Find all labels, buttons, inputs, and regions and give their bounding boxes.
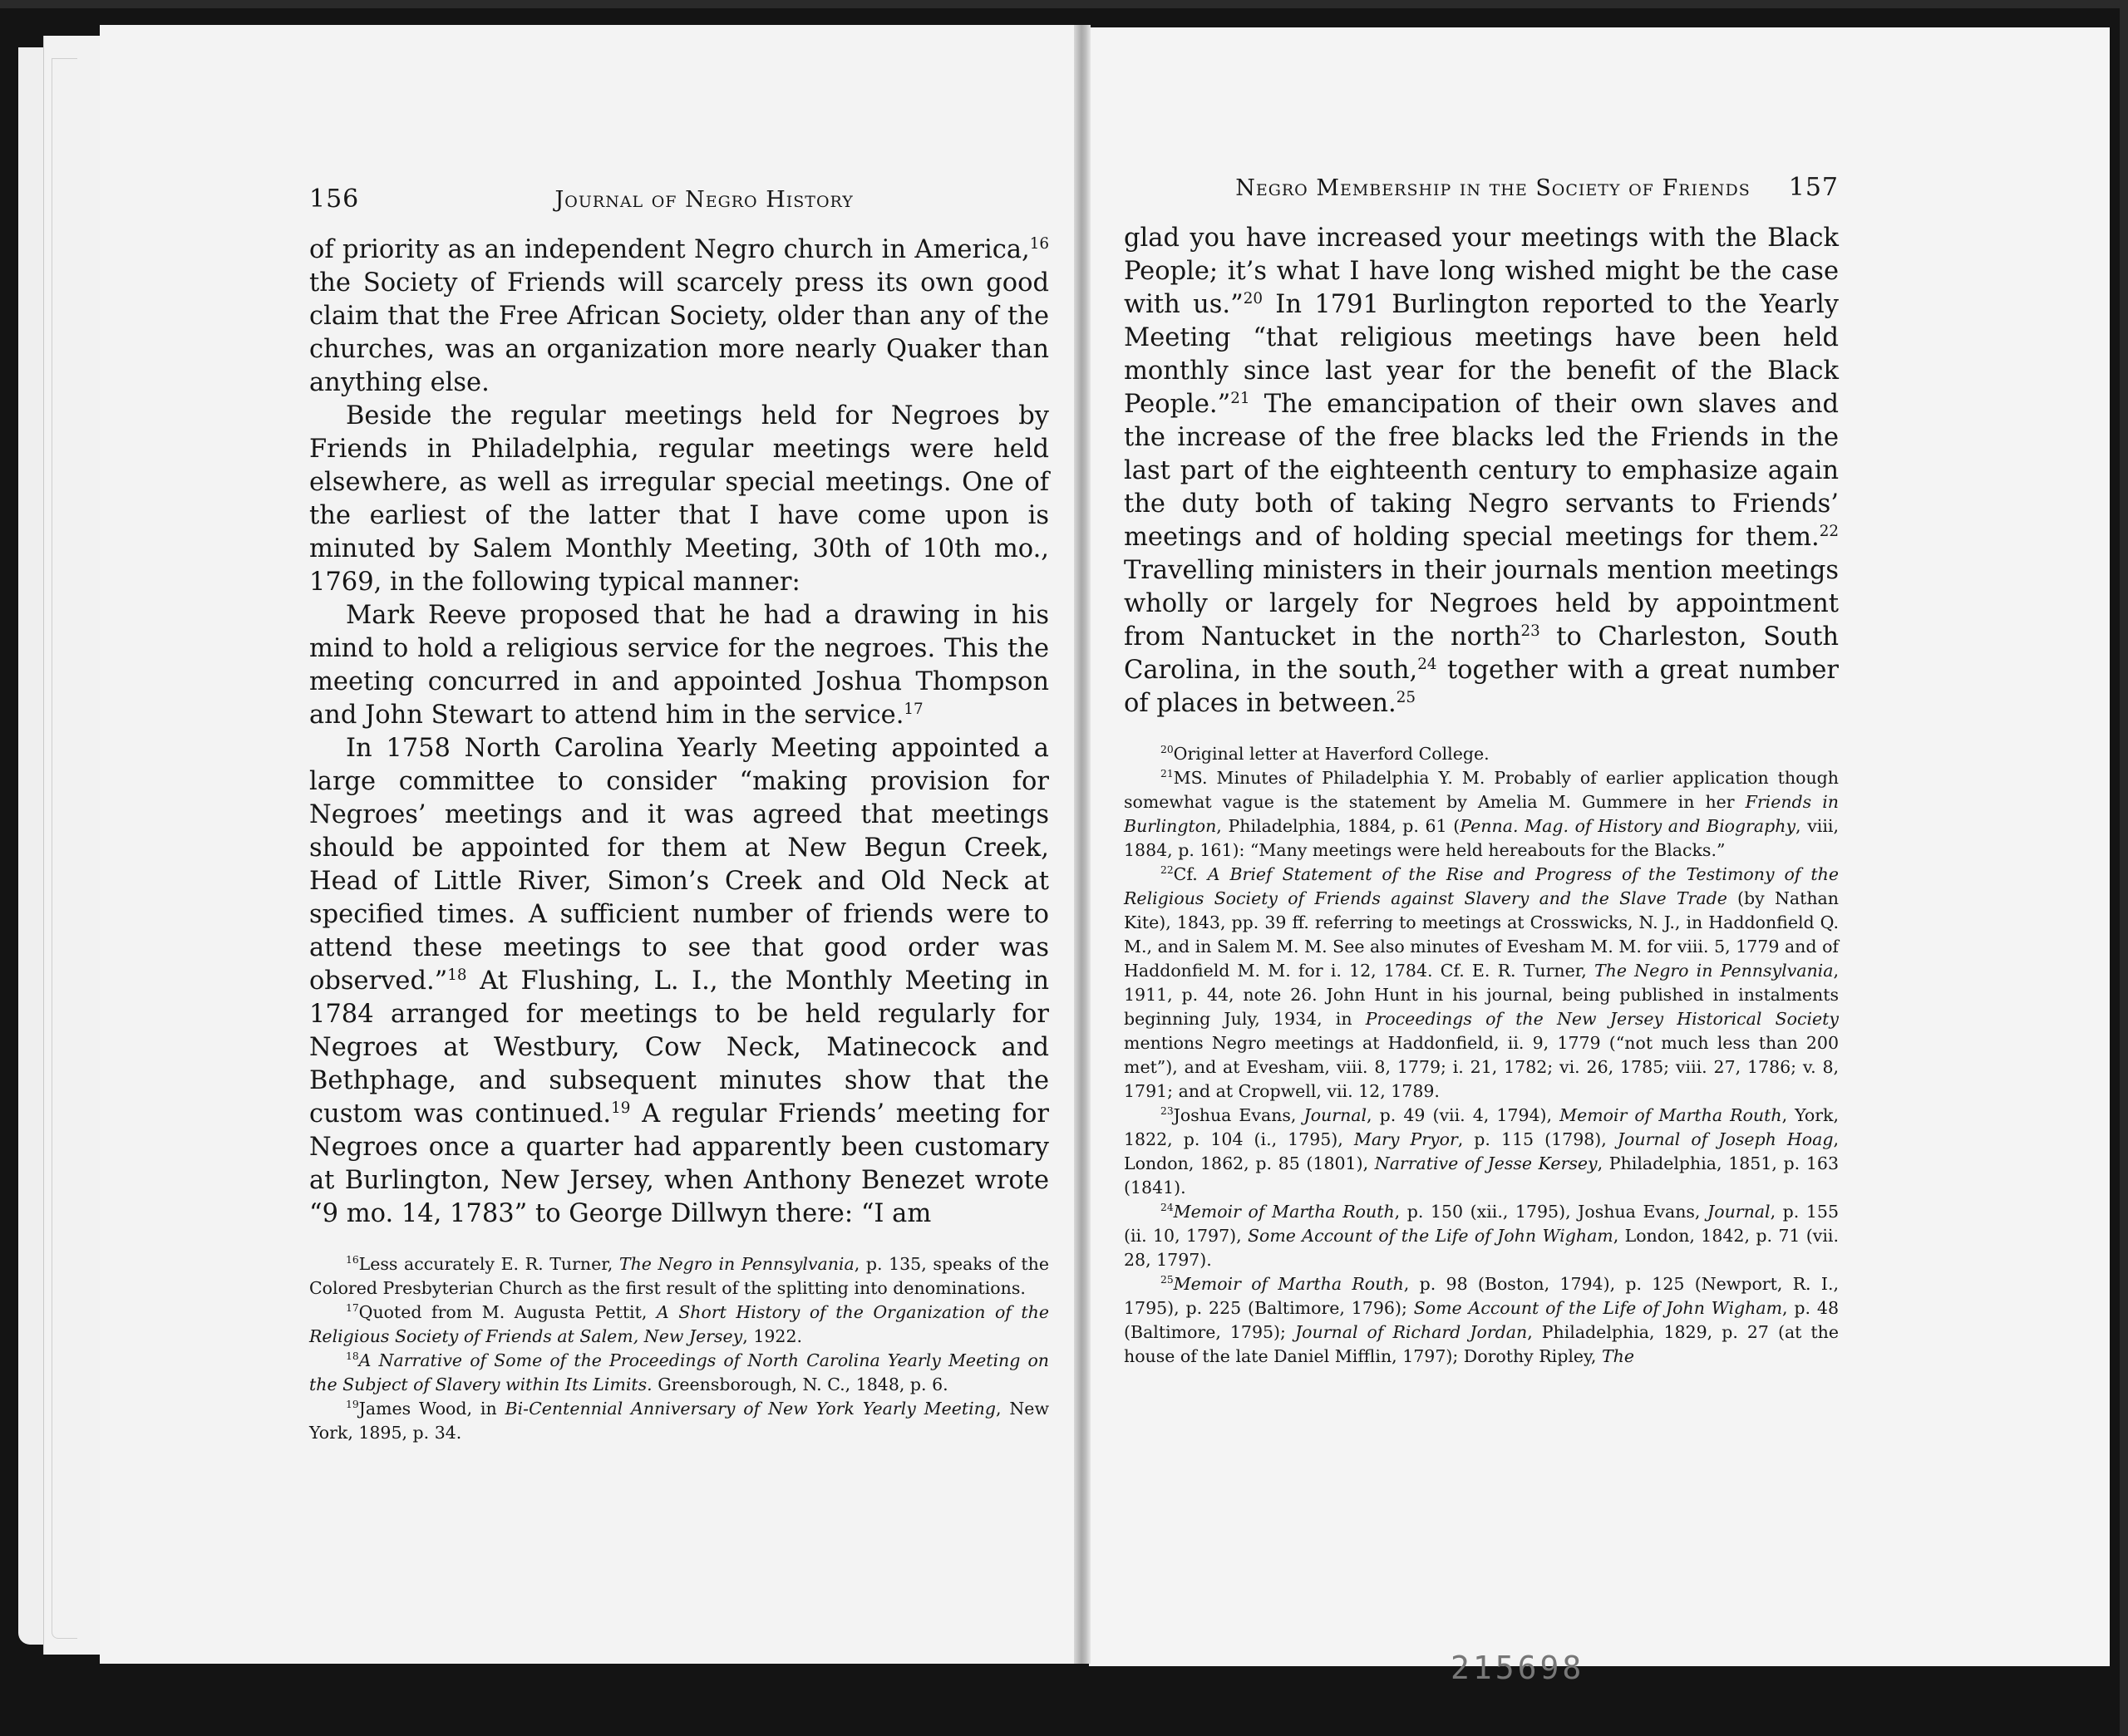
footnote-ref[interactable]: 22 <box>1820 523 1839 540</box>
cited-title: The Negro in Pennsylvania <box>1594 961 1833 981</box>
cited-title: A Narrative of Some of the Proceedings o… <box>309 1350 1049 1394</box>
cited-title: The <box>1602 1346 1634 1366</box>
paragraph: In 1758 North Carolina Yearly Meeting ap… <box>309 732 1049 1231</box>
footnote-number: 22 <box>1160 864 1174 876</box>
cited-title: Memoir of Martha Routh <box>1174 1202 1395 1222</box>
page-stack-edge <box>52 58 77 1639</box>
footnote-ref[interactable]: 25 <box>1396 689 1416 706</box>
footnote-number: 23 <box>1160 1105 1174 1117</box>
footnote-ref[interactable]: 16 <box>1030 235 1049 253</box>
footnote: 22Cf. A Brief Statement of the Rise and … <box>1124 863 1839 1104</box>
footnote-number: 21 <box>1160 768 1174 779</box>
right-page-column: Negro Membership in the Society of Frien… <box>1124 173 1839 1369</box>
cited-title: Some Account of the Life of John Wigham <box>1414 1298 1782 1318</box>
footnote-number: 18 <box>346 1350 359 1362</box>
cited-title: A Short History of the Organization of t… <box>309 1302 1049 1346</box>
cited-title: Some Account of the Life of John Wigham <box>1248 1226 1613 1246</box>
running-title: Negro Membership in the Society of Frien… <box>1124 175 1789 201</box>
cited-title: Narrative of Jesse Kersey <box>1375 1153 1598 1173</box>
cited-title: Memoir of Martha Routh <box>1559 1105 1781 1125</box>
footnote: 21MS. Minutes of Philadelphia Y. M. Prob… <box>1124 766 1839 863</box>
footnote-number: 19 <box>346 1399 359 1410</box>
body-text: of priority as an independent Negro chur… <box>309 234 1049 1231</box>
cited-title: Memoir of Martha Routh <box>1174 1274 1404 1294</box>
footnote: 18A Narrative of Some of the Proceedings… <box>309 1349 1049 1397</box>
paragraph: Beside the regular meetings held for Neg… <box>309 400 1049 599</box>
cited-title: Mary Pryor <box>1354 1129 1458 1149</box>
footnote: 25Memoir of Martha Routh, p. 98 (Boston,… <box>1124 1272 1839 1369</box>
cited-title: Journal <box>1304 1105 1367 1125</box>
body-text: glad you have increased your meetings wi… <box>1124 222 1839 720</box>
footnote-ref[interactable]: 18 <box>447 966 466 984</box>
running-title: Journal of Negro History <box>359 187 1049 213</box>
footnote: 24Memoir of Martha Routh, p. 150 (xii., … <box>1124 1200 1839 1272</box>
footnotes: 20Original letter at Haverford College.2… <box>1124 742 1839 1369</box>
paragraph: of priority as an independent Negro chur… <box>309 234 1049 400</box>
accession-stamp: 215698 <box>1451 1650 1584 1686</box>
book-gutter <box>1074 25 1091 1664</box>
cited-title: Journal of Richard Jordan <box>1295 1322 1527 1342</box>
cited-title: A Brief Statement of the Rise and Progre… <box>1124 864 1839 908</box>
footnote: 19James Wood, in Bi-Centennial Anniversa… <box>309 1397 1049 1445</box>
running-head: 156 Journal of Negro History <box>309 184 1049 214</box>
footnote: 17Quoted from M. Augusta Pettit, A Short… <box>309 1301 1049 1349</box>
scan-border-top <box>0 0 2128 8</box>
block-quote: Mark Reeve proposed that he had a drawin… <box>309 599 1049 732</box>
cited-title: Journal <box>1707 1202 1771 1222</box>
cited-title: Journal of Joseph Hoag <box>1618 1129 1834 1149</box>
footnote-number: 17 <box>346 1302 359 1314</box>
cited-title: The Negro in Pennsylvania <box>619 1254 855 1274</box>
footnote: 16Less accurately E. R. Turner, The Negr… <box>309 1252 1049 1301</box>
paragraph: glad you have increased your meetings wi… <box>1124 222 1839 720</box>
footnote-number: 25 <box>1160 1274 1174 1286</box>
footnote-ref[interactable]: 24 <box>1417 656 1436 673</box>
footnote-number: 20 <box>1160 744 1174 755</box>
footnote-number: 24 <box>1160 1202 1174 1213</box>
footnote-number: 16 <box>346 1254 359 1266</box>
cited-title: Bi-Centennial Anniversary of New York Ye… <box>505 1399 996 1419</box>
running-head: Negro Membership in the Society of Frien… <box>1124 173 1839 202</box>
footnote-ref[interactable]: 19 <box>611 1099 630 1117</box>
footnotes: 16Less accurately E. R. Turner, The Negr… <box>309 1252 1049 1445</box>
page-number: 157 <box>1789 173 1839 202</box>
page-number: 156 <box>309 184 359 214</box>
footnote-ref[interactable]: 17 <box>904 701 923 718</box>
cited-title: Penna. Mag. of History and Biography <box>1460 816 1795 836</box>
footnote-ref[interactable]: 20 <box>1244 290 1263 307</box>
footnote-ref[interactable]: 23 <box>1520 622 1539 640</box>
footnote-ref[interactable]: 21 <box>1230 390 1249 407</box>
scan-border-right <box>2120 0 2128 1736</box>
footnote: 23Joshua Evans, Journal, p. 49 (vii. 4, … <box>1124 1104 1839 1200</box>
cited-title: Proceedings of the New Jersey Historical… <box>1366 1009 1839 1029</box>
footnote: 20Original letter at Haverford College. <box>1124 742 1839 766</box>
left-page-column: 156 Journal of Negro History of priority… <box>309 184 1049 1445</box>
